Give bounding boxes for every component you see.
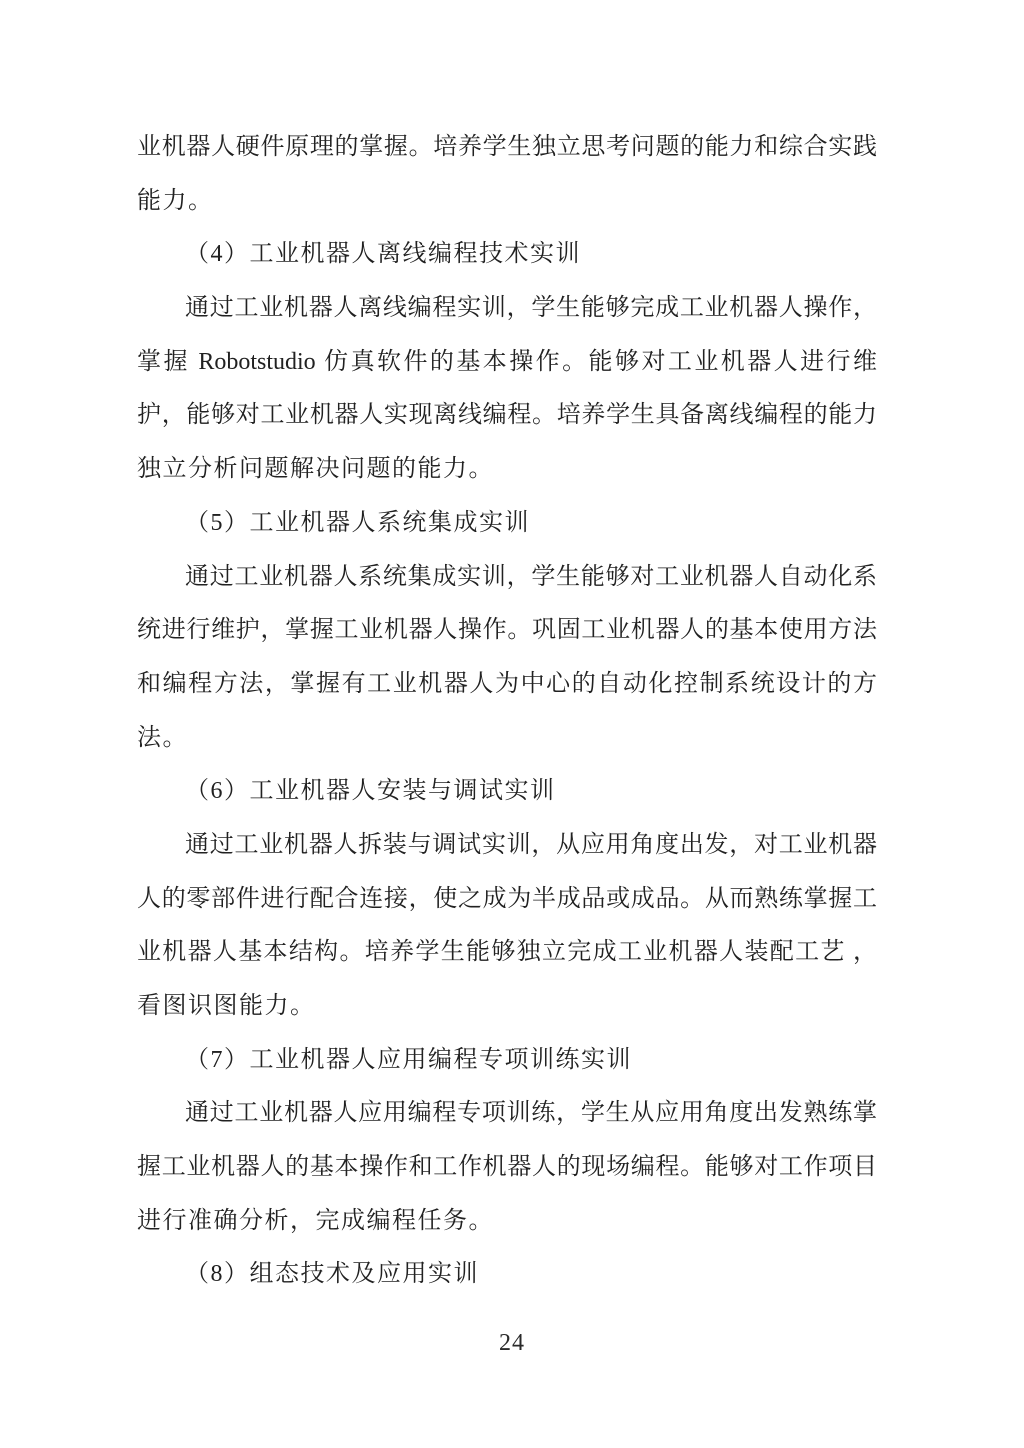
doc-line: 通过工业机器人系统集成实训，学生能够对工业机器人自动化系	[137, 551, 877, 605]
doc-line: 看图识图能力。	[137, 980, 877, 1034]
doc-line: 独立分析问题解决问题的能力。	[137, 443, 877, 497]
text-block: 业机器人硬件原理的掌握。培养学生独立思考问题的能力和综合实践 能力。 （4）工业…	[137, 121, 877, 1302]
doc-line: 掌握 Robotstudio 仿真软件的基本操作。能够对工业机器人进行维	[137, 336, 877, 390]
heading-item-6: （6）工业机器人安装与调试实训	[137, 765, 877, 819]
page-number: 24	[0, 1330, 1024, 1357]
heading-item-4: （4）工业机器人离线编程技术实训	[137, 228, 877, 282]
heading-item-5: （5）工业机器人系统集成实训	[137, 497, 877, 551]
doc-line: 业机器人基本结构。培养学生能够独立完成工业机器人装配工艺 ，	[137, 926, 877, 980]
doc-line: 通过工业机器人应用编程专项训练，学生从应用角度出发熟练掌	[137, 1087, 877, 1141]
doc-line: 能力。	[137, 175, 877, 229]
doc-line: 人的零部件进行配合连接，使之成为半成品或成品。从而熟练掌握工	[137, 873, 877, 927]
heading-item-7: （7）工业机器人应用编程专项训练实训	[137, 1034, 877, 1088]
doc-line: 通过工业机器人拆装与调试实训，从应用角度出发，对工业机器	[137, 819, 877, 873]
document-page: 业机器人硬件原理的掌握。培养学生独立思考问题的能力和综合实践 能力。 （4）工业…	[0, 0, 1024, 1448]
doc-line: 和编程方法，掌握有工业机器人为中心的自动化控制系统设计的方	[137, 658, 877, 712]
doc-line: 进行准确分析，完成编程任务。	[137, 1195, 877, 1249]
doc-line: 通过工业机器人离线编程实训，学生能够完成工业机器人操作，	[137, 282, 877, 336]
doc-line: 法。	[137, 712, 877, 766]
doc-line: 统进行维护，掌握工业机器人操作。巩固工业机器人的基本使用方法	[137, 604, 877, 658]
doc-line: 护，能够对工业机器人实现离线编程。培养学生具备离线编程的能力	[137, 389, 877, 443]
doc-line: 握工业机器人的基本操作和工作机器人的现场编程。能够对工作项目	[137, 1141, 877, 1195]
heading-item-8: （8）组态技术及应用实训	[137, 1248, 877, 1302]
doc-line-continuation: 业机器人硬件原理的掌握。培养学生独立思考问题的能力和综合实践	[137, 121, 877, 175]
